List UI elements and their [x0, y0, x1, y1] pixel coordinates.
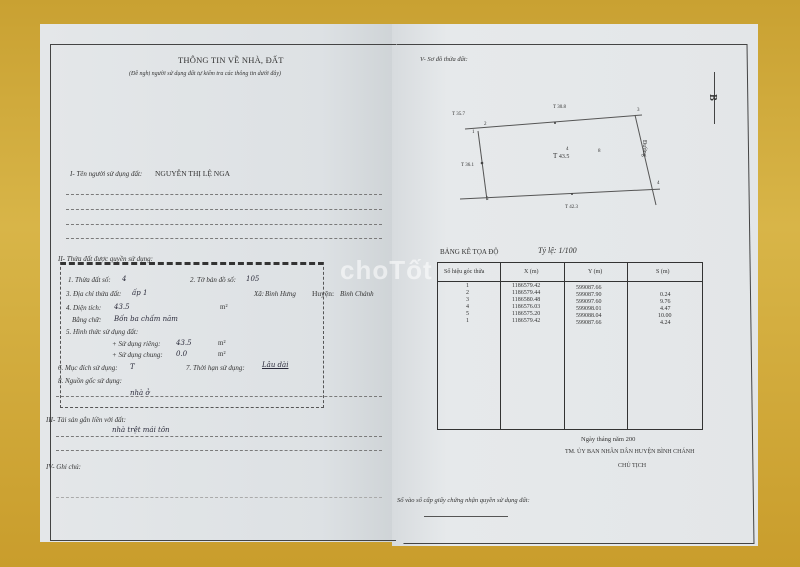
coordinate-table: Số hiệu góc thửa X (m) Y (m) S (m) 1 118… [437, 262, 703, 430]
signer-title: CHỦ TỊCH [618, 463, 646, 469]
header-point: Số hiệu góc thửa [444, 269, 484, 275]
table-row-point: 3 [466, 297, 469, 303]
shared-use-unit: m² [218, 350, 226, 358]
document-subtitle: (Đề nghị người sử dụng đất tự kiểm tra c… [129, 71, 281, 77]
dotted-line [66, 224, 382, 225]
header-x: X (m) [524, 269, 539, 275]
date-line: Ngày tháng năm 200 [581, 436, 635, 443]
table-row-y: 599087.90 [576, 292, 602, 298]
attached-assets-label: III- Tài sản gắn liền với đất: [46, 416, 126, 424]
table-row-x: 1186576.03 [512, 304, 540, 310]
table-row-s: 4.24 [660, 320, 671, 326]
dotted-line [56, 497, 382, 498]
table-row-s: 4.47 [660, 306, 671, 312]
parcel-diagram [460, 105, 660, 215]
header-y: Y (m) [588, 269, 602, 275]
purpose-label: 6. Mục đích sử dụng: [58, 364, 118, 372]
table-row-x: 1186575.20 [512, 311, 540, 317]
area-words: Bốn ba chấm năm [114, 315, 178, 323]
district: Bình Chánh [340, 290, 374, 298]
dotted-line [66, 238, 382, 239]
table-row-y: 599098.01 [576, 306, 602, 312]
neighbor-3-label: T 36.1 [461, 163, 474, 168]
purpose: T [130, 363, 135, 371]
term-label: 7. Thời hạn sử dụng: [186, 364, 245, 372]
owner-label: I- Tên người sử dụng đất: [70, 170, 142, 178]
area-unit: m² [220, 303, 228, 311]
table-row-x: 1186579.44 [512, 290, 540, 296]
origin-label: 8. Nguồn gốc sử dụng: [58, 377, 122, 385]
registry-label: Số vào sổ cấp giấy chứng nhận quyền sử d… [397, 497, 530, 504]
table-row-x: 1186580.48 [512, 297, 540, 303]
neighbor-2-label: T 35.7 [452, 112, 465, 117]
owner-name: NGUYỄN THỊ LỆ NGA [155, 169, 230, 178]
dotted-line [66, 194, 382, 195]
watermark-logo: choTốt [340, 255, 433, 286]
commune: Bình Hưng [265, 290, 296, 298]
authority: TM. ỦY BAN NHÂN DÂN HUYỆN BÌNH CHÁNH [565, 449, 694, 455]
attached-assets: nhà trệt mái tôn [112, 426, 170, 434]
area-label: 4. Diện tích: [66, 304, 101, 312]
neighbor-8-label: T 42.3 [565, 205, 578, 210]
use-form-label: 5. Hình thức sử dụng đất: [66, 328, 138, 336]
table-row-point: 1 [466, 318, 469, 324]
header-s: S (m) [656, 269, 670, 275]
table-row-y: 599087.66 [576, 320, 602, 326]
corner-4: 4 [657, 181, 660, 186]
table-row-point: 5 [466, 311, 469, 317]
table-row-y: 599097.60 [576, 299, 602, 305]
map-sheet-label: 2. Tờ bản đồ số: [190, 276, 236, 284]
dotted-line [56, 396, 382, 397]
coord-table-title: BẢNG KÊ TỌA ĐỘ [440, 248, 498, 256]
table-row-point: 1 [466, 283, 469, 289]
corner-1: 1 [472, 130, 475, 135]
corner-3: 3 [637, 108, 640, 113]
neighbor-1-label: T 30.8 [553, 105, 566, 110]
table-row-x: 1186579.42 [512, 318, 540, 324]
table-row-point: 4 [466, 304, 469, 310]
parcel-main-label: T 43.5 [553, 152, 569, 160]
table-row-point: 2 [466, 290, 469, 296]
private-use-unit: m² [218, 339, 226, 347]
parcel-no-label: 1. Thửa đất số: [68, 276, 111, 284]
term: Lâu dài [262, 361, 288, 369]
parcel-no: 4 [122, 275, 126, 283]
district-label: Huyện: [312, 289, 334, 298]
dotted-line [66, 209, 382, 210]
diagram-title: V- Sơ đồ thửa đất: [420, 56, 468, 63]
address-hamlet: ấp 1 [132, 289, 147, 297]
table-row-y: 599087.66 [576, 285, 602, 291]
commune-label: Xã: [254, 290, 264, 298]
table-row-s: 0.24 [660, 292, 671, 298]
area-value: 43.5 [114, 303, 130, 311]
area-words-label: Bằng chữ: [72, 316, 101, 324]
private-use-label: + Sử dụng riêng: [112, 340, 160, 348]
shared-use-label: + Sử dụng chung: [112, 351, 163, 359]
table-row-x: 1186579.42 [512, 283, 540, 289]
corner-5: 5 [486, 197, 489, 202]
table-row-s: 9.76 [660, 299, 671, 305]
north-label: B [707, 94, 718, 101]
address-label: 3. Địa chỉ thửa đất: [66, 290, 121, 298]
table-row-s: 10.00 [658, 313, 672, 319]
notes-label: IV- Ghi chú: [46, 463, 81, 471]
road-label: Đường [641, 140, 647, 157]
map-sheet: 105 [246, 275, 259, 283]
private-use: 43.5 [176, 339, 192, 347]
scale-label: Tỷ lệ: 1/100 [538, 246, 577, 255]
shared-use: 0.0 [176, 350, 187, 358]
corner-2: 2 [484, 122, 487, 127]
parcel-no-marker: 4 [566, 147, 569, 152]
dotted-line [56, 450, 382, 451]
registry-underline [424, 516, 508, 517]
parcel-8-marker: 8 [598, 149, 601, 154]
table-row-y: 599088.04 [576, 313, 602, 319]
dotted-line [56, 436, 382, 437]
document-title: THÔNG TIN VỀ NHÀ, ĐẤT [178, 55, 284, 65]
